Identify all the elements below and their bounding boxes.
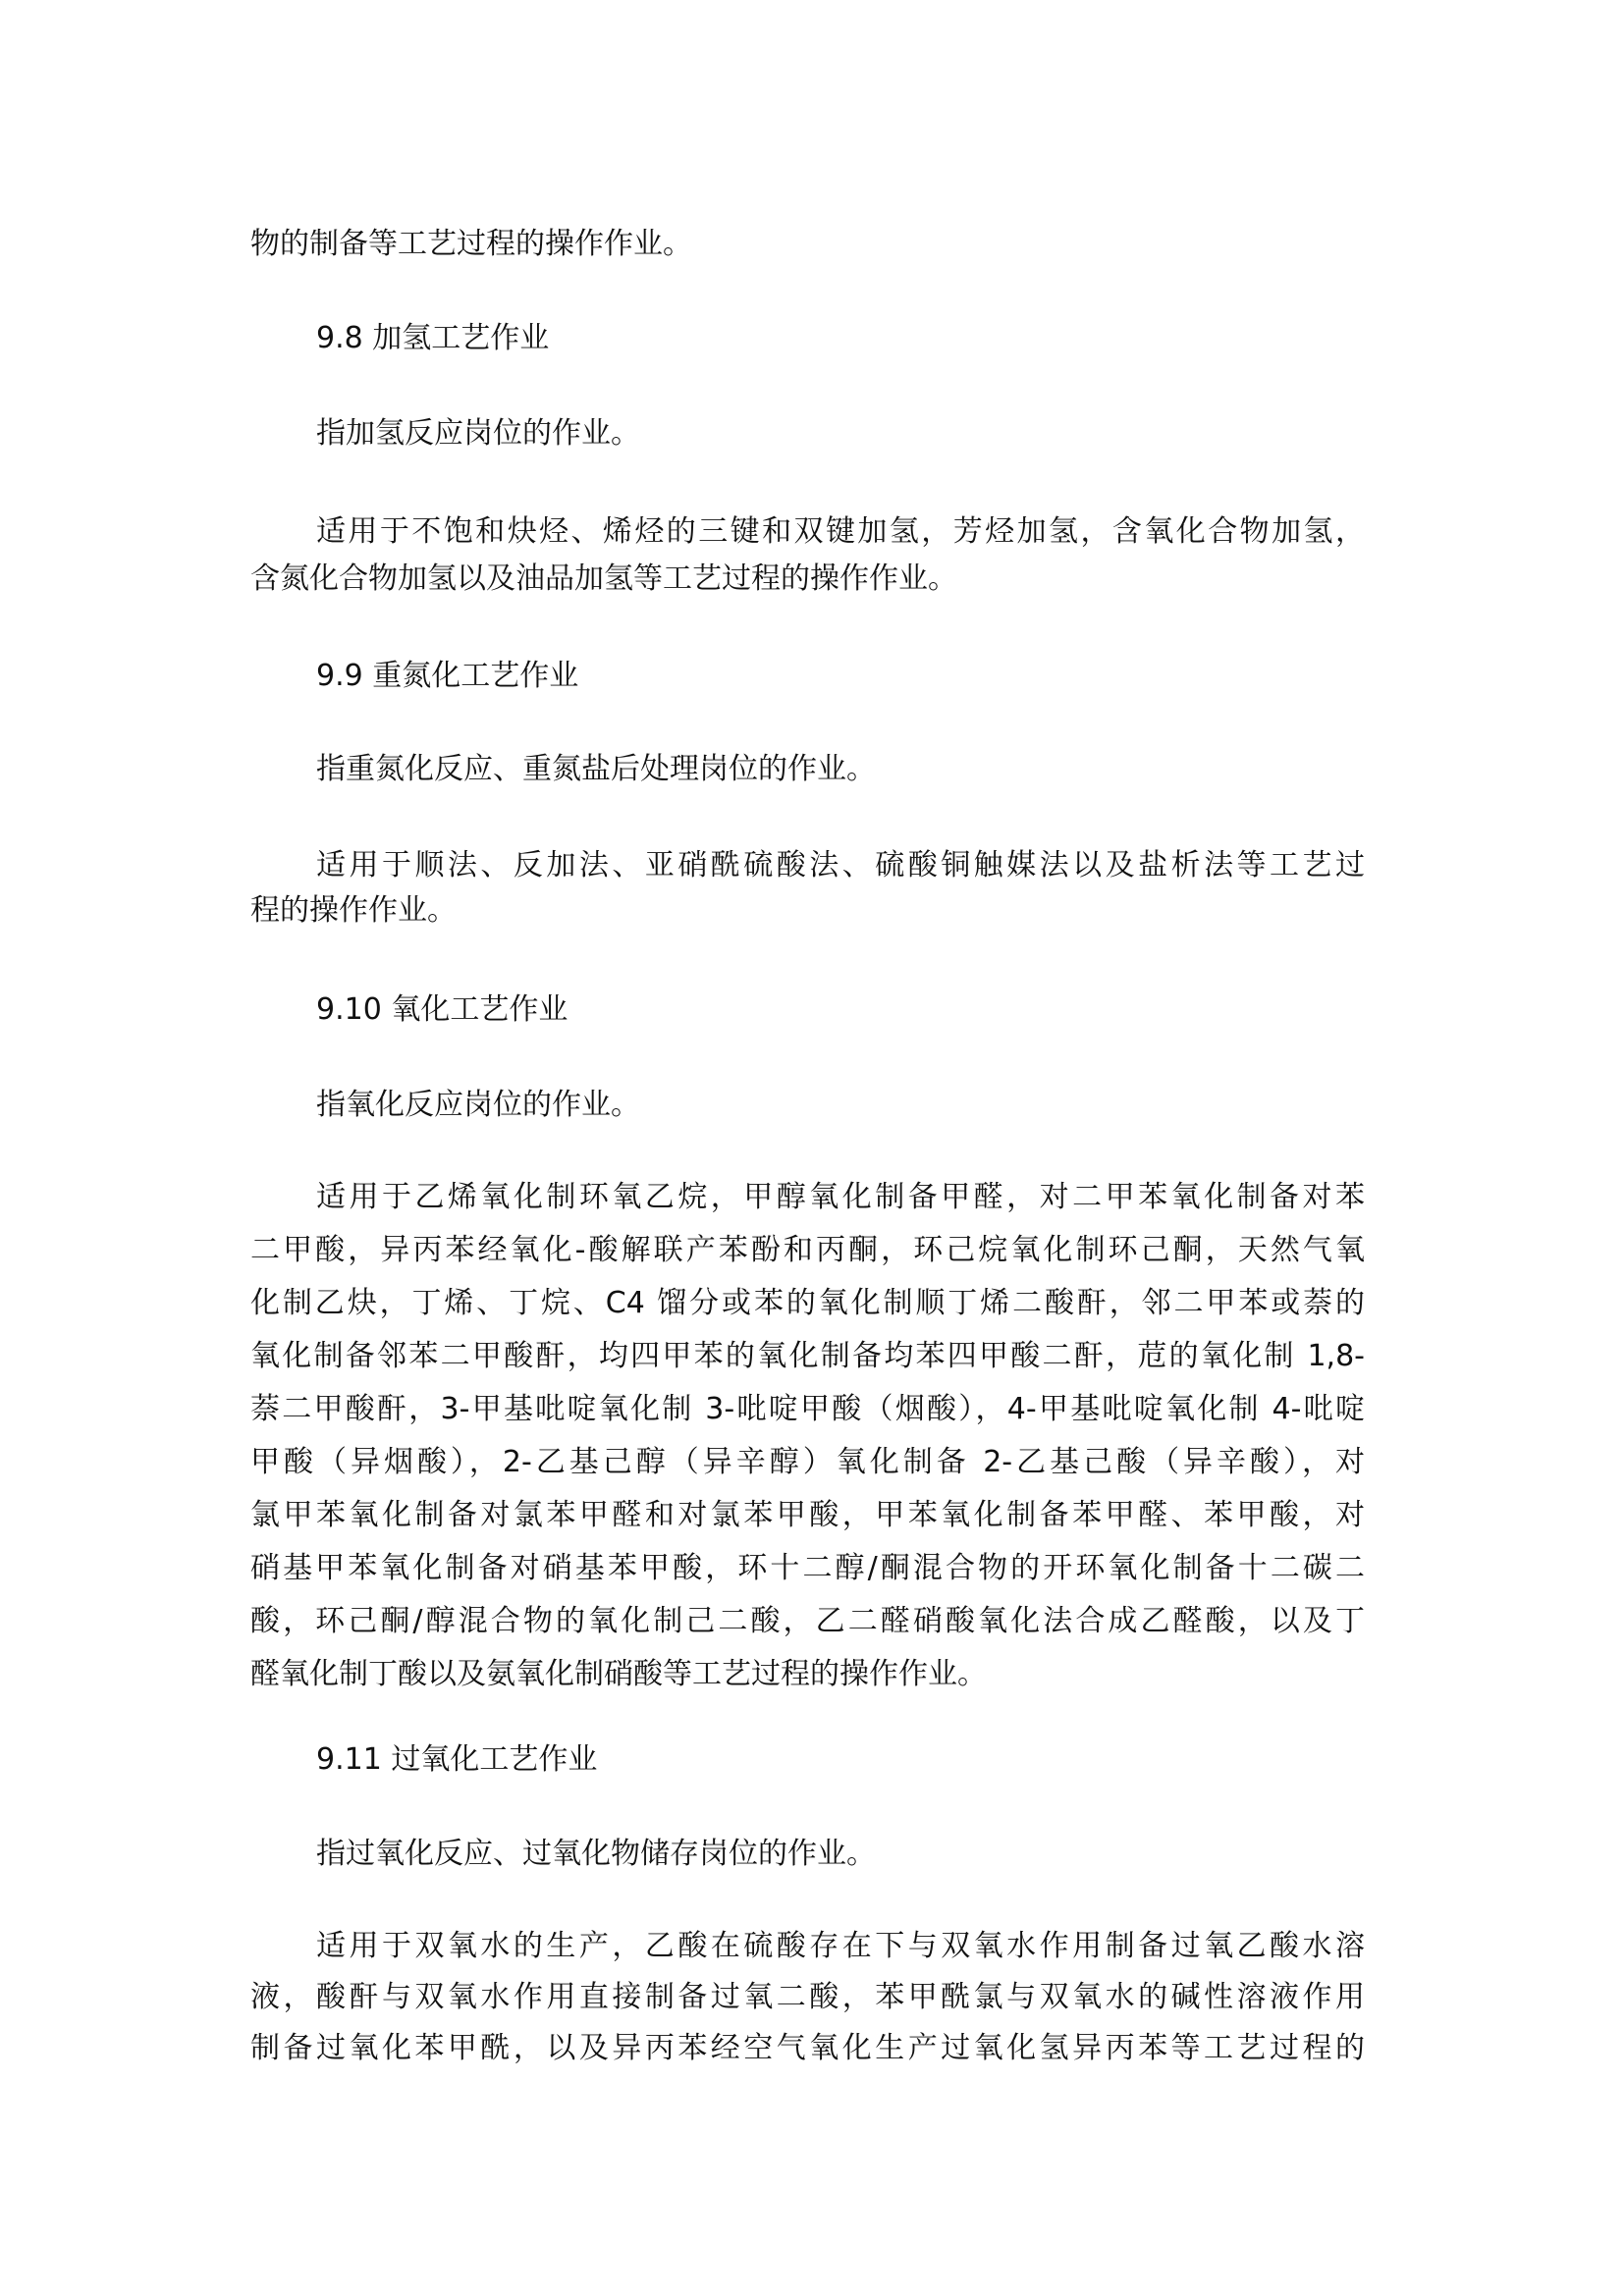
text-line: 液，酸酐与双氧水作用直接制备过氧二酸，苯甲酰氯与双氧水的碱性溶液作用	[250, 1972, 1365, 2023]
text-line: 指过氧化反应、过氧化物储存岗位的作业。	[250, 1830, 1365, 1878]
text-line: 指重氮化反应、重氮盐后处理岗位的作业。	[250, 745, 1365, 793]
section-heading-9-9: 9.9 重氮化工艺作业	[250, 652, 1365, 700]
text-line: 指氧化反应岗位的作业。	[250, 1081, 1365, 1129]
text-line: 二甲酸，异丙苯经氧化-酸解联产苯酚和丙酮，环己烷氧化制环己酮，天然气氧	[250, 1224, 1365, 1277]
section-heading-9-10: 9.10 氧化工艺作业	[250, 986, 1365, 1034]
text-line: 化制乙炔，丁烯、丁烷、C4 馏分或苯的氧化制顺丁烯二酸酐，邻二甲苯或萘的	[250, 1277, 1365, 1330]
text-line: 物的制备等工艺过程的操作作业。	[250, 220, 1365, 268]
text-line: 萘二甲酸酐，3-甲基吡啶氧化制 3-吡啶甲酸（烟酸），4-甲基吡啶氧化制 4-吡…	[250, 1383, 1365, 1436]
paragraph-9-10-definition: 指氧化反应岗位的作业。	[250, 1081, 1365, 1129]
paragraph-9-10-scope: 适用于乙烯氧化制环氧乙烷，甲醇氧化制备甲醛，对二甲苯氧化制备对苯 二甲酸，异丙苯…	[250, 1171, 1365, 1701]
paragraph-9-11-definition: 指过氧化反应、过氧化物储存岗位的作业。	[250, 1830, 1365, 1878]
heading-text: 9.8 加氢工艺作业	[250, 314, 1365, 362]
section-heading-9-11: 9.11 过氧化工艺作业	[250, 1735, 1365, 1784]
text-line: 氧化制备邻苯二甲酸酐，均四甲苯的氧化制备均苯四甲酸二酐，苊的氧化制 1,8-	[250, 1330, 1365, 1383]
heading-text: 9.9 重氮化工艺作业	[250, 652, 1365, 700]
text-line: 适用于不饱和炔烃、烯烃的三键和双键加氢，芳烃加氢，含氧化合物加氢，	[250, 508, 1365, 556]
text-line: 适用于双氧水的生产，乙酸在硫酸存在下与双氧水作用制备过氧乙酸水溶	[250, 1921, 1365, 1972]
text-line: 含氮化合物加氢以及油品加氢等工艺过程的操作作业。	[250, 556, 1365, 603]
paragraph-9-9-definition: 指重氮化反应、重氮盐后处理岗位的作业。	[250, 745, 1365, 793]
text-line: 适用于乙烯氧化制环氧乙烷，甲醇氧化制备甲醛，对二甲苯氧化制备对苯	[250, 1171, 1365, 1224]
text-line: 醛氧化制丁酸以及氨氧化制硝酸等工艺过程的操作作业。	[250, 1648, 1365, 1701]
paragraph-9-11-scope: 适用于双氧水的生产，乙酸在硫酸存在下与双氧水作用制备过氧乙酸水溶 液，酸酐与双氧…	[250, 1921, 1365, 2074]
text-line: 程的操作作业。	[250, 888, 1365, 934]
paragraph-9-9-scope: 适用于顺法、反加法、亚硝酰硫酸法、硫酸铜触媒法以及盐析法等工艺过 程的操作作业。	[250, 843, 1365, 934]
heading-text: 9.10 氧化工艺作业	[250, 986, 1365, 1034]
paragraph-continuation: 物的制备等工艺过程的操作作业。	[250, 220, 1365, 268]
heading-text: 9.11 过氧化工艺作业	[250, 1735, 1365, 1784]
text-line: 制备过氧化苯甲酰，以及异丙苯经空气氧化生产过氧化氢异丙苯等工艺过程的	[250, 2023, 1365, 2074]
text-line: 甲酸（异烟酸），2-乙基己醇（异辛醇）氧化制备 2-乙基己酸（异辛酸），对	[250, 1436, 1365, 1489]
text-line: 适用于顺法、反加法、亚硝酰硫酸法、硫酸铜触媒法以及盐析法等工艺过	[250, 843, 1365, 888]
paragraph-9-8-definition: 指加氢反应岗位的作业。	[250, 409, 1365, 457]
paragraph-9-8-scope: 适用于不饱和炔烃、烯烃的三键和双键加氢，芳烃加氢，含氧化合物加氢， 含氮化合物加…	[250, 508, 1365, 603]
text-line: 指加氢反应岗位的作业。	[250, 409, 1365, 457]
text-line: 氯甲苯氧化制备对氯苯甲醛和对氯苯甲酸，甲苯氧化制备苯甲醛、苯甲酸，对	[250, 1489, 1365, 1542]
document-page: 物的制备等工艺过程的操作作业。 9.8 加氢工艺作业 指加氢反应岗位的作业。 适…	[0, 0, 1624, 2296]
text-line: 酸，环己酮/醇混合物的氧化制己二酸，乙二醛硝酸氧化法合成乙醛酸，以及丁	[250, 1595, 1365, 1648]
section-heading-9-8: 9.8 加氢工艺作业	[250, 314, 1365, 362]
text-line: 硝基甲苯氧化制备对硝基苯甲酸，环十二醇/酮混合物的开环氧化制备十二碳二	[250, 1542, 1365, 1595]
